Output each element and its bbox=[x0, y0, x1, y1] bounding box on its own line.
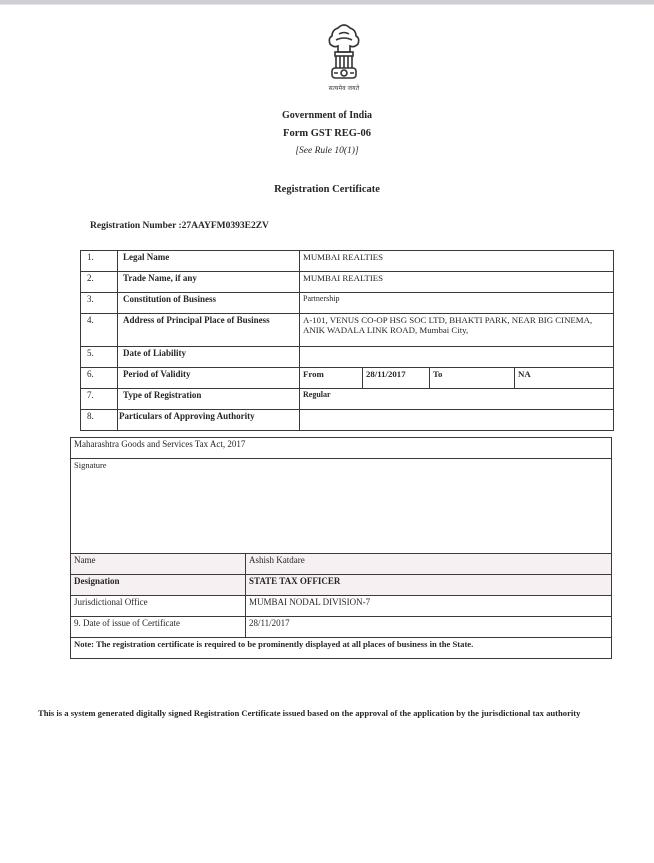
legal-name-value: MUMBAI REALTIES bbox=[300, 251, 614, 272]
validity-to-label: To bbox=[430, 368, 515, 389]
act-name: Maharashtra Goods and Services Tax Act, … bbox=[71, 438, 612, 459]
constitution-label: Constitution of Business bbox=[118, 293, 300, 314]
row-number: 3. bbox=[81, 293, 118, 314]
officer-name-value: Ashish Katdare bbox=[246, 554, 612, 575]
constitution-value: Partnership bbox=[300, 293, 614, 314]
system-generated-footer: This is a system generated digitally sig… bbox=[38, 705, 618, 722]
trade-name-label: Trade Name, if any bbox=[118, 272, 300, 293]
table-row: Name Ashish Katdare bbox=[71, 554, 612, 575]
row-number: 7. bbox=[81, 389, 118, 410]
row-number: 8. bbox=[81, 410, 118, 431]
table-row: Maharashtra Goods and Services Tax Act, … bbox=[71, 438, 612, 459]
top-edge-bar bbox=[0, 0, 654, 5]
trade-name-value: MUMBAI REALTIES bbox=[300, 272, 614, 293]
officer-name-label: Name bbox=[71, 554, 246, 575]
table-row: 6. Period of Validity From 28/11/2017 To… bbox=[81, 368, 614, 389]
jurisdictional-office-value: MUMBAI NODAL DIVISION-7 bbox=[246, 596, 612, 617]
registration-number-value: 27AAYFM0393E2ZV bbox=[182, 221, 269, 231]
registration-details-table: 1. Legal Name MUMBAI REALTIES 2. Trade N… bbox=[80, 250, 614, 431]
date-of-liability-value bbox=[300, 347, 614, 368]
row-number: 2. bbox=[81, 272, 118, 293]
issue-date-label: 9. Date of issue of Certificate bbox=[71, 617, 246, 638]
approving-authority-table: Maharashtra Goods and Services Tax Act, … bbox=[70, 437, 612, 659]
address-value: A-101, VENUS CO-OP HSG SOC LTD, BHAKTI P… bbox=[300, 314, 614, 347]
table-row: 9. Date of issue of Certificate 28/11/20… bbox=[71, 617, 612, 638]
certificate-title: Registration Certificate bbox=[0, 184, 654, 195]
address-label: Address of Principal Place of Business bbox=[118, 314, 300, 347]
table-row: Designation STATE TAX OFFICER bbox=[71, 575, 612, 596]
national-emblem-icon bbox=[318, 20, 370, 90]
row-number: 5. bbox=[81, 347, 118, 368]
legal-name-label: Legal Name bbox=[118, 251, 300, 272]
table-row: Note: The registration certificate is re… bbox=[71, 638, 612, 659]
registration-number-label: Registration Number : bbox=[90, 221, 182, 231]
validity-from-label: From bbox=[300, 368, 363, 389]
validity-to-date: NA bbox=[515, 368, 614, 389]
signature-row: Signature bbox=[71, 459, 612, 554]
table-row: Jurisdictional Office MUMBAI NODAL DIVIS… bbox=[71, 596, 612, 617]
table-row: 7. Type of Registration Regular bbox=[81, 389, 614, 410]
designation-value: STATE TAX OFFICER bbox=[246, 575, 612, 596]
registration-type-value: Regular bbox=[300, 389, 614, 410]
table-row: 5. Date of Liability bbox=[81, 347, 614, 368]
table-row: 3. Constitution of Business Partnership bbox=[81, 293, 614, 314]
table-row: 1. Legal Name MUMBAI REALTIES bbox=[81, 251, 614, 272]
approving-authority-label: Particulars of Approving Authority bbox=[118, 410, 300, 431]
jurisdictional-office-label: Jurisdictional Office bbox=[71, 596, 246, 617]
registration-number: Registration Number :27AAYFM0393E2ZV bbox=[90, 221, 269, 231]
date-of-liability-label: Date of Liability bbox=[118, 347, 300, 368]
display-note: Note: The registration certificate is re… bbox=[71, 638, 612, 659]
government-heading: Government of India bbox=[0, 110, 654, 121]
signature-label: Signature bbox=[71, 459, 612, 554]
approving-authority-value bbox=[300, 410, 614, 431]
table-row: 4. Address of Principal Place of Busines… bbox=[81, 314, 614, 347]
rule-reference: [See Rule 10(1)] bbox=[0, 146, 654, 156]
row-number: 6. bbox=[81, 368, 118, 389]
table-row: 2. Trade Name, if any MUMBAI REALTIES bbox=[81, 272, 614, 293]
validity-from-date: 28/11/2017 bbox=[363, 368, 430, 389]
row-number: 1. bbox=[81, 251, 118, 272]
issue-date-value: 28/11/2017 bbox=[246, 617, 612, 638]
form-heading: Form GST REG-06 bbox=[0, 128, 654, 139]
validity-label: Period of Validity bbox=[118, 368, 300, 389]
designation-label: Designation bbox=[71, 575, 246, 596]
registration-type-label: Type of Registration bbox=[118, 389, 300, 410]
emblem-caption: सत्यमेव जयते bbox=[323, 84, 365, 92]
row-number: 4. bbox=[81, 314, 118, 347]
table-row: 8. Particulars of Approving Authority bbox=[81, 410, 614, 431]
